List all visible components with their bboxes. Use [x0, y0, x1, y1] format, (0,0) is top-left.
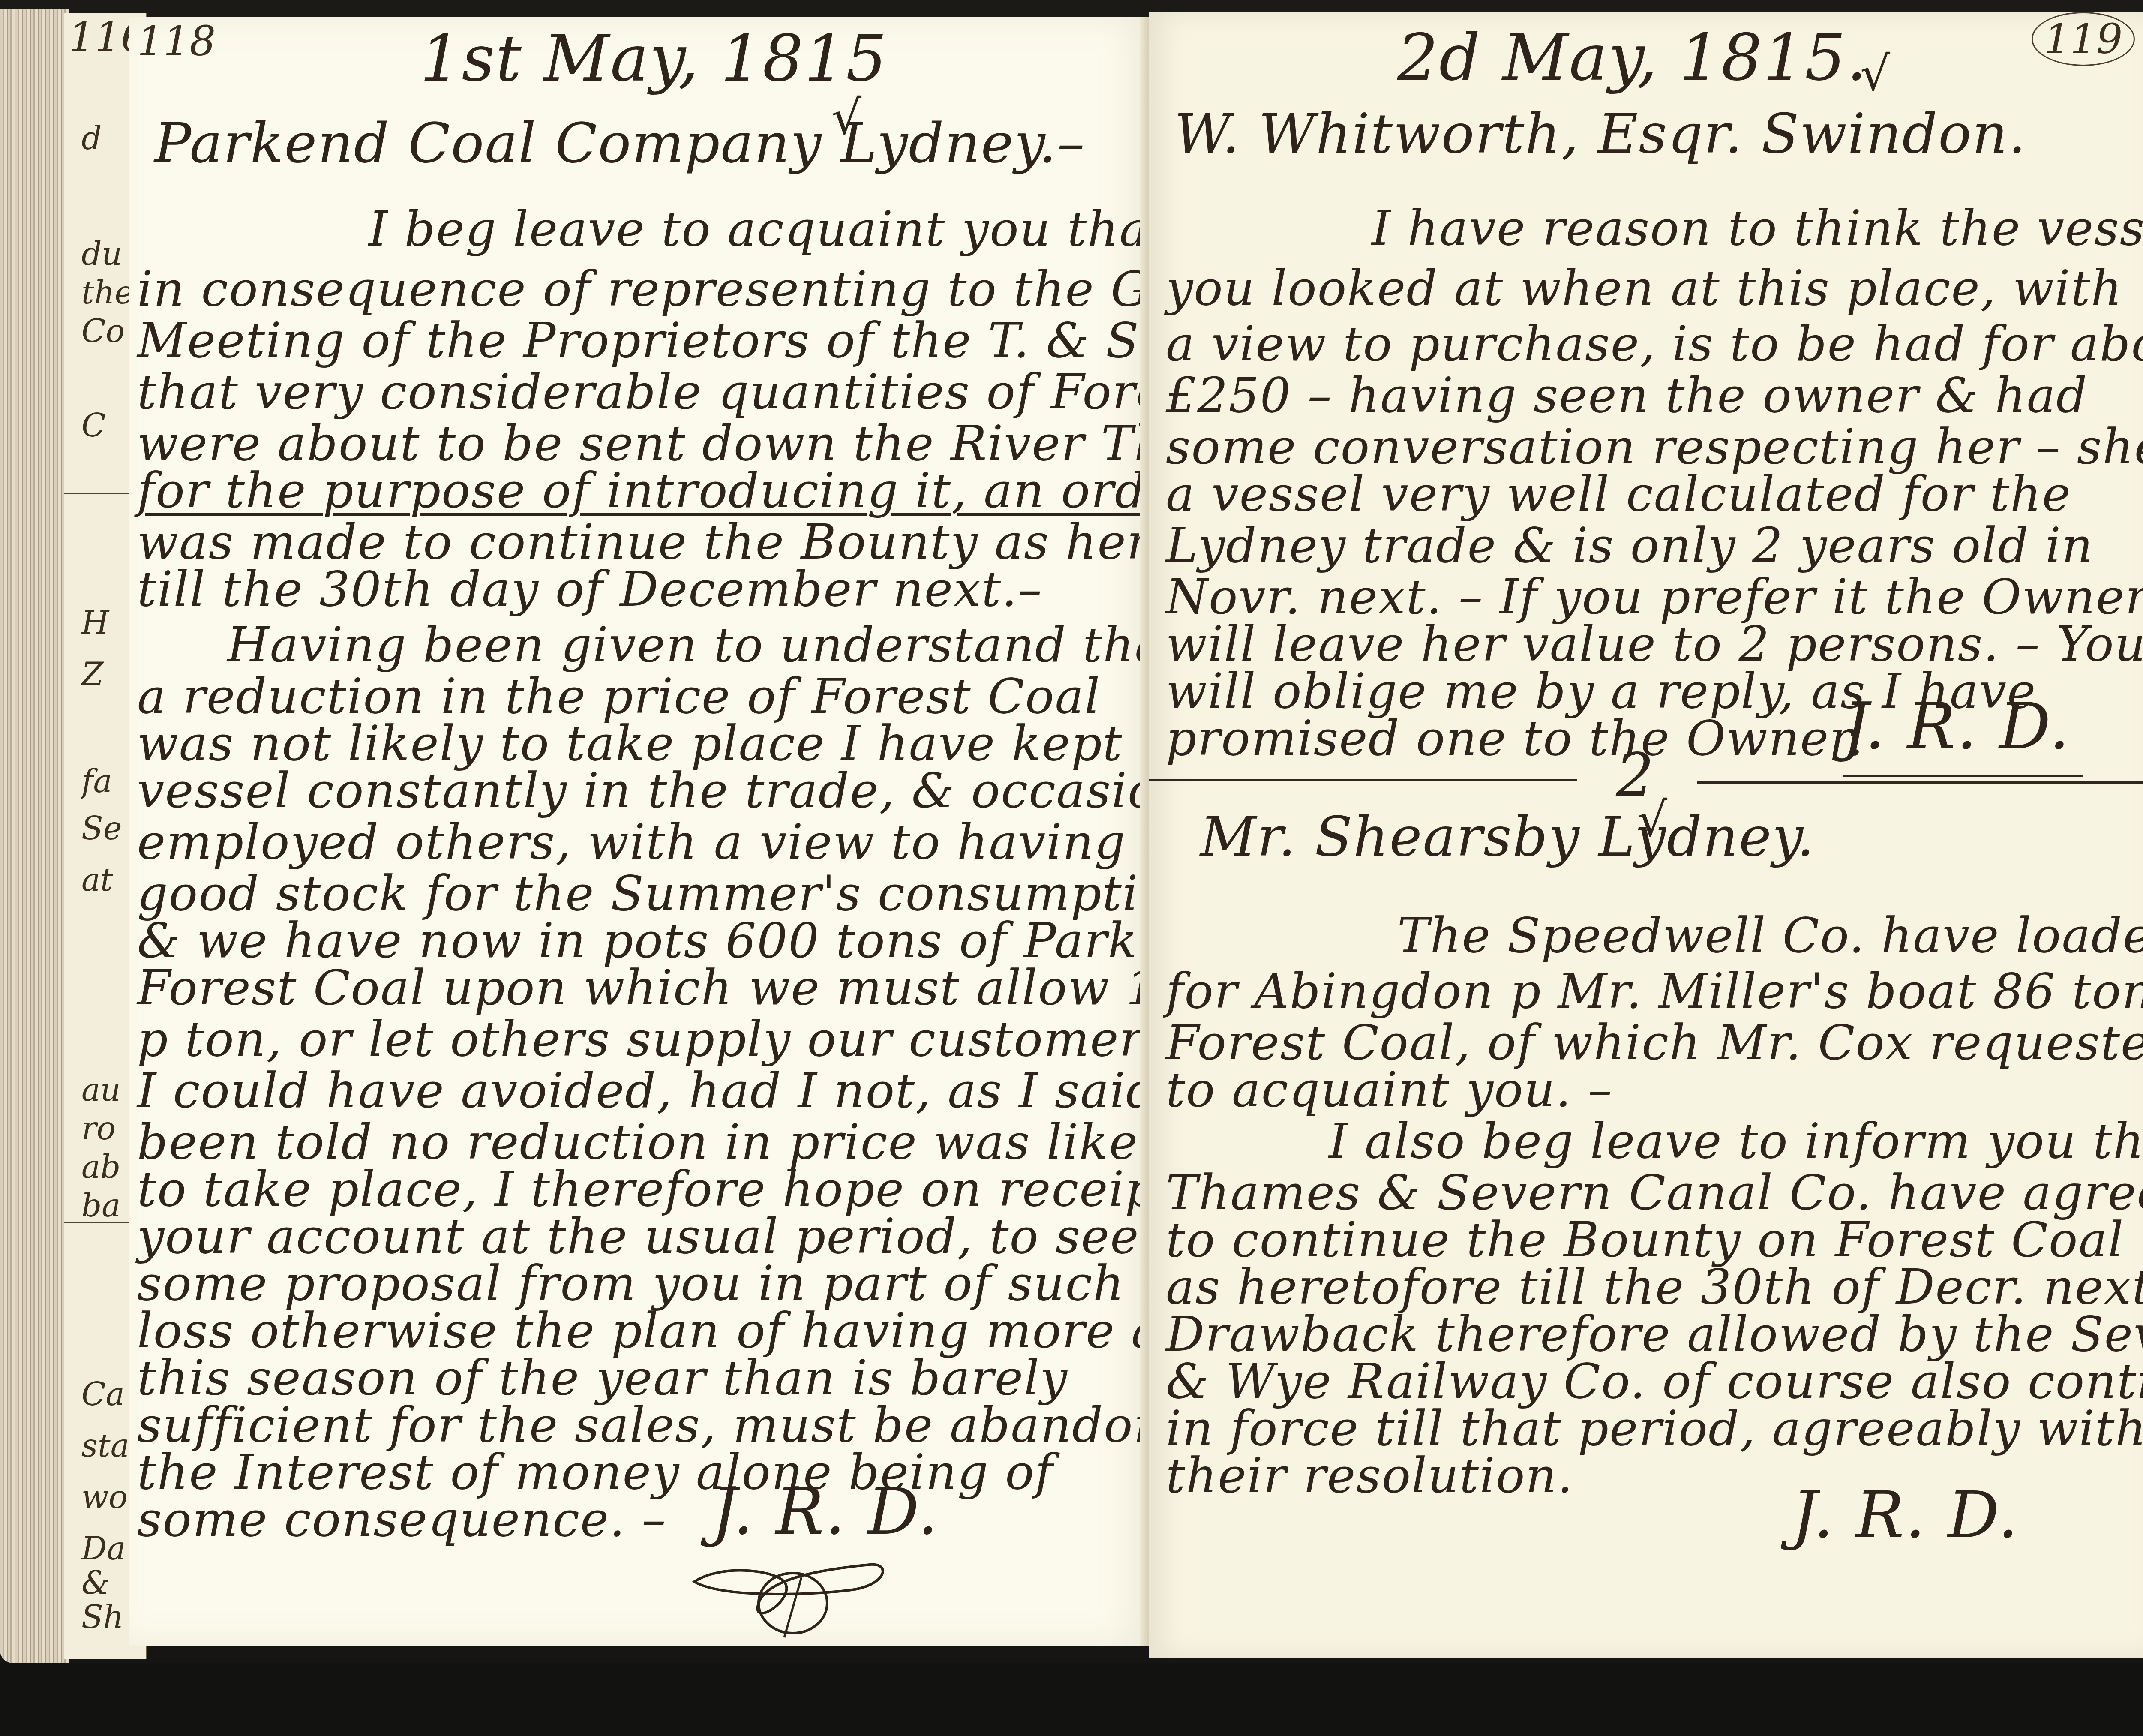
body-line: a view to purchase, is to be had for abo…	[1166, 316, 2143, 372]
body-line: for Abingdon p Mr. Miller's boat 86 tons…	[1166, 964, 2143, 1019]
body-line: I also beg leave to inform you the	[1329, 1114, 2143, 1169]
page-118: 118 1st May, 1815 √ Parkend Coal Company…	[129, 17, 1149, 1646]
body-line: employed others, with a view to having a	[137, 814, 1171, 870]
letter-date: 1st May, 1815	[420, 21, 888, 96]
body-line: in consequence of representing to the Ge…	[137, 261, 1310, 317]
entry-divider-right	[1697, 781, 2143, 784]
page-number-118: 118	[137, 17, 216, 65]
body-line: Meeting of the Proprietors of the T. & S…	[137, 313, 1315, 369]
page-119: 119 2d May, 1815. √ W. Whitworth, Esqr. …	[1149, 12, 2143, 1658]
signature-initials: J. R. D.	[1792, 1478, 2019, 1553]
body-line: promised one to the Owner.	[1166, 711, 1864, 766]
scan-backdrop-bottom	[0, 1663, 2143, 1736]
body-line: their resolution.	[1166, 1448, 1573, 1504]
letter-addressee: W. Whitworth, Esqr. Swindon.	[1174, 102, 2026, 166]
signature-flourish-icon	[686, 1552, 900, 1646]
body-line: you looked at when at this place, with	[1166, 261, 2123, 316]
body-line: The Speedwell Co. have loaded	[1397, 908, 2143, 964]
letter-addressee: Mr. Shearsby Lydney.	[1200, 805, 1815, 869]
letter-addressee: Parkend Coal Company Lydney.–	[154, 111, 1085, 175]
body-line: some consequence. –	[137, 1492, 667, 1547]
page-number-119: 119	[2032, 12, 2135, 66]
body-line: £250 – having seen the owner & had	[1166, 368, 2088, 423]
body-line: I have reason to think the vessel	[1372, 201, 2143, 256]
body-line: vessel constantly in the trade, & occasi…	[137, 763, 1279, 819]
body-line: to acquaint you. –	[1166, 1062, 1613, 1118]
body-line: Having been given to understand that	[227, 617, 1184, 673]
body-line: Lydney trade & is only 2 years old in	[1166, 518, 2093, 574]
letter-date: 2d May, 1815.	[1397, 21, 1868, 95]
signature-initials: J. R. D.	[1843, 689, 2071, 764]
entry-divider-left	[1149, 779, 1577, 781]
body-line: till the 30th day of December next.–	[137, 562, 1043, 617]
body-line: Forest Coal upon which we must allow 1/-	[137, 960, 1192, 1016]
signature-underline	[1843, 775, 2083, 777]
body-line: I beg leave to acquaint you that	[369, 201, 1169, 257]
signature-initials: J. R. D.	[711, 1475, 939, 1549]
body-line: for the purpose of introducing it, an or…	[137, 463, 1199, 519]
book-fore-edge-left	[0, 9, 69, 1663]
body-line: a vessel very well calculated for the	[1166, 466, 2071, 522]
copied-tick-mark: √	[1860, 46, 1891, 101]
letter-book-scan: 116 d du the Co C H Z fa Se at au ro ab …	[0, 0, 2143, 1736]
